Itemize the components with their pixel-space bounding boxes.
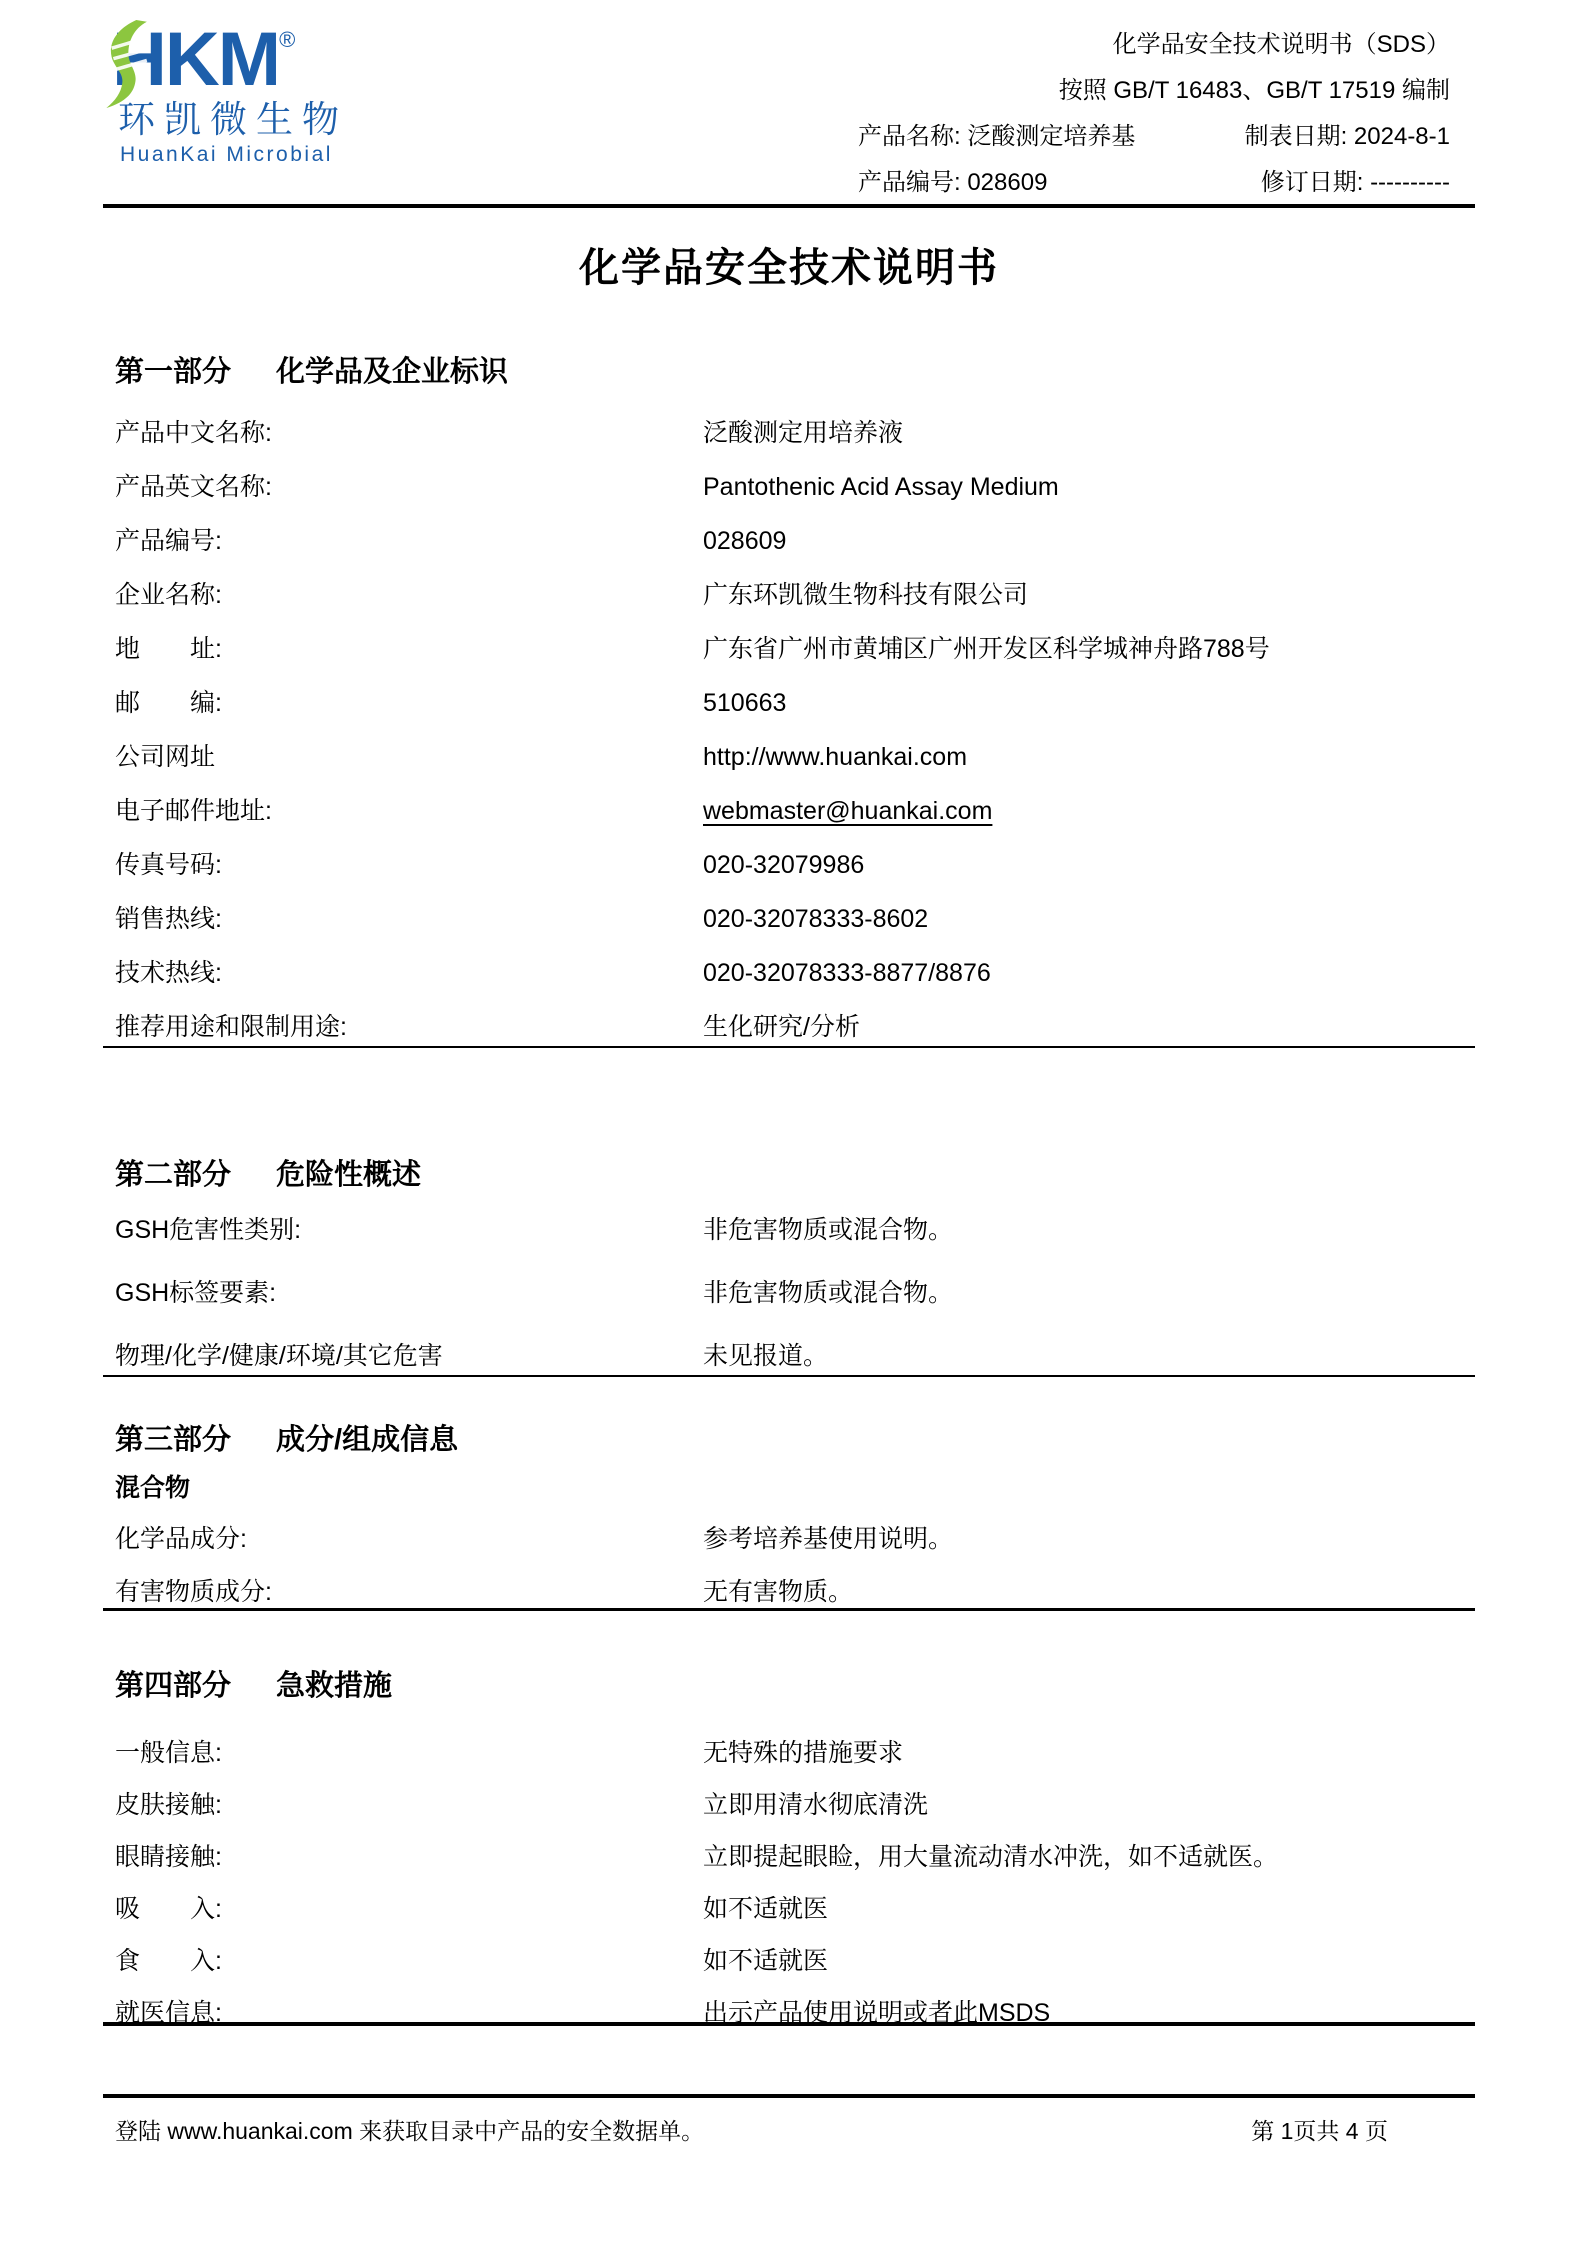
field-label: 产品中文名称: (115, 418, 703, 449)
sds-header-title: 化学品安全技术说明书（SDS） (1113, 30, 1450, 60)
field-label: 物理/化学/健康/环境/其它危害 (115, 1341, 703, 1372)
section-number: 第一部分 (115, 356, 231, 388)
section-4-rule (103, 2022, 1475, 2026)
mixture-subheading: 混合物 (115, 1472, 1460, 1504)
dna-leaf-icon (102, 20, 160, 108)
field-row: 化学品成分:参考培养基使用说明。 (115, 1524, 1460, 1577)
field-row: GSH标签要素:非危害物质或混合物。 (115, 1278, 1460, 1341)
product-name-line: 产品名称: 泛酸测定培养基 制表日期: 2024-8-1 (858, 122, 1450, 152)
field-row: 眼睛接触:立即提起眼睑，用大量流动清水冲洗，如不适就医。 (115, 1842, 1460, 1894)
field-label: 传真号码: (115, 850, 703, 881)
field-value: 028609 (703, 526, 1460, 557)
section-1-rows: 产品中文名称:泛酸测定用培养液 产品英文名称:Pantothenic Acid … (115, 418, 1460, 1066)
field-row: 公司网址http://www.huankai.com (115, 742, 1460, 796)
field-row: 皮肤接触:立即用清水彻底清洗 (115, 1790, 1460, 1842)
field-value: 510663 (703, 688, 1460, 719)
field-label: 吸 入: (115, 1894, 703, 1925)
page-number: 第 1页共 4 页 (1251, 2116, 1388, 2146)
field-label: GSH标签要素: (115, 1278, 703, 1309)
section-2-heading: 第二部分危险性概述 (115, 1155, 1460, 1195)
section-3-rule (103, 1608, 1475, 1611)
field-row: 物理/化学/健康/环境/其它危害未见报道。 (115, 1341, 1460, 1404)
field-row: 推荐用途和限制用途:生化研究/分析 (115, 1012, 1460, 1066)
footer-note: 登陆 www.huankai.com 来获取目录中产品的安全数据单。 (115, 2116, 704, 2146)
section-2: 第二部分危险性概述 GSH危害性类别:非危害物质或混合物。 GSH标签要素:非危… (115, 1155, 1460, 1404)
section-2-rule (103, 1375, 1475, 1377)
section-4-heading: 第四部分急救措施 (115, 1666, 1460, 1706)
field-value: 立即用清水彻底清洗 (703, 1790, 1460, 1821)
field-label: 产品编号: (115, 526, 703, 557)
header-rule (103, 204, 1475, 208)
footer: 登陆 www.huankai.com 来获取目录中产品的安全数据单。 第 1页共… (115, 2116, 1450, 2146)
field-label: 电子邮件地址: (115, 796, 703, 827)
section-4-rows: 一般信息:无特殊的措施要求 皮肤接触:立即用清水彻底清洗 眼睛接触:立即提起眼睑… (115, 1738, 1460, 2050)
field-label: 食 入: (115, 1946, 703, 1977)
field-value: 广东环凯微生物科技有限公司 (703, 580, 1460, 611)
field-label: 公司网址 (115, 742, 703, 773)
field-row: 有害物质成分:无有害物质。 (115, 1577, 1460, 1630)
document-title: 化学品安全技术说明书 (103, 236, 1475, 293)
field-label: GSH危害性类别: (115, 1215, 703, 1246)
field-row: 技术热线:020-32078333-8877/8876 (115, 958, 1460, 1012)
registered-mark: ® (279, 27, 295, 52)
logo-hkm: HKM® (112, 22, 295, 98)
field-row: GSH危害性类别:非危害物质或混合物。 (115, 1215, 1460, 1278)
section-3-heading: 第三部分成分/组成信息 (115, 1420, 1460, 1460)
field-value: 参考培养基使用说明。 (703, 1524, 1460, 1555)
section-4: 第四部分急救措施 一般信息:无特殊的措施要求 皮肤接触:立即用清水彻底清洗 眼睛… (115, 1666, 1460, 2050)
company-logo: HKM® 环凯微生物 HuanKai Microbial (112, 22, 412, 166)
field-row: 销售热线:020-32078333-8602 (115, 904, 1460, 958)
footer-rule (103, 2094, 1475, 2098)
field-label: 邮 编: (115, 688, 703, 719)
header-meta: 化学品安全技术说明书（SDS） 按照 GB/T 16483、GB/T 17519… (858, 30, 1450, 198)
table-date: 制表日期: 2024-8-1 (1245, 122, 1450, 152)
field-value: 广东省广州市黄埔区广州开发区科学城神舟路788号 (703, 634, 1460, 665)
field-row: 吸 入:如不适就医 (115, 1894, 1460, 1946)
field-value: 如不适就医 (703, 1946, 1460, 1977)
field-label: 产品英文名称: (115, 472, 703, 503)
section-number: 第四部分 (115, 1670, 231, 1702)
email-link[interactable]: webmaster@huankai.com (703, 796, 1460, 827)
section-name: 急救措施 (276, 1670, 392, 1702)
field-label: 皮肤接触: (115, 1790, 703, 1821)
field-label: 化学品成分: (115, 1524, 703, 1555)
field-value: 非危害物质或混合物。 (703, 1215, 1460, 1246)
section-1: 第一部分化学品及企业标识 产品中文名称:泛酸测定用培养液 产品英文名称:Pant… (115, 352, 1460, 1066)
field-label: 眼睛接触: (115, 1842, 703, 1873)
field-row: 电子邮件地址:webmaster@huankai.com (115, 796, 1460, 850)
field-value: Pantothenic Acid Assay Medium (703, 472, 1460, 503)
sds-page: HKM® 环凯微生物 HuanKai Microbial 化学品安全技术说明书（… (0, 0, 1587, 2245)
field-row: 一般信息:无特殊的措施要求 (115, 1738, 1460, 1790)
field-value: 无有害物质。 (703, 1577, 1460, 1608)
field-value: 生化研究/分析 (703, 1012, 1460, 1043)
field-value: 020-32078333-8877/8876 (703, 958, 1460, 989)
section-number: 第三部分 (115, 1424, 231, 1456)
field-label: 企业名称: (115, 580, 703, 611)
field-row: 地 址:广东省广州市黄埔区广州开发区科学城神舟路788号 (115, 634, 1460, 688)
logo-en-text: HuanKai Microbial (112, 143, 412, 166)
field-value: 泛酸测定用培养液 (703, 418, 1460, 449)
field-label: 有害物质成分: (115, 1577, 703, 1608)
field-row: 传真号码:020-32079986 (115, 850, 1460, 904)
field-row: 产品英文名称:Pantothenic Acid Assay Medium (115, 472, 1460, 526)
field-value: 020-32079986 (703, 850, 1460, 881)
field-value: 立即提起眼睑，用大量流动清水冲洗，如不适就医。 (703, 1842, 1460, 1873)
section-3-rows: 化学品成分:参考培养基使用说明。 有害物质成分:无有害物质。 (115, 1524, 1460, 1630)
section-1-heading: 第一部分化学品及企业标识 (115, 352, 1460, 392)
website-url: http://www.huankai.com (703, 742, 1460, 773)
standard-reference: 按照 GB/T 16483、GB/T 17519 编制 (1059, 76, 1450, 106)
field-row: 邮 编:510663 (115, 688, 1460, 742)
field-row: 产品编号:028609 (115, 526, 1460, 580)
section-3: 第三部分成分/组成信息 混合物 化学品成分:参考培养基使用说明。 有害物质成分:… (115, 1420, 1460, 1630)
field-label: 销售热线: (115, 904, 703, 935)
section-name: 危险性概述 (276, 1159, 421, 1191)
field-row: 企业名称:广东环凯微生物科技有限公司 (115, 580, 1460, 634)
field-value: 非危害物质或混合物。 (703, 1278, 1460, 1309)
field-value: 无特殊的措施要求 (703, 1738, 1460, 1769)
section-name: 成分/组成信息 (276, 1424, 458, 1456)
field-label: 地 址: (115, 634, 703, 665)
field-label: 一般信息: (115, 1738, 703, 1769)
revision-date: 修订日期: ---------- (1261, 168, 1450, 198)
section-name: 化学品及企业标识 (276, 356, 508, 388)
product-code-line: 产品编号: 028609 修订日期: ---------- (858, 168, 1450, 198)
section-1-rule (103, 1046, 1475, 1048)
field-value: 如不适就医 (703, 1894, 1460, 1925)
section-number: 第二部分 (115, 1159, 231, 1191)
field-value: 020-32078333-8602 (703, 904, 1460, 935)
field-label: 技术热线: (115, 958, 703, 989)
product-code: 产品编号: 028609 (858, 168, 1047, 198)
field-value: 未见报道。 (703, 1341, 1460, 1372)
product-name: 产品名称: 泛酸测定培养基 (858, 122, 1135, 152)
field-row: 产品中文名称:泛酸测定用培养液 (115, 418, 1460, 472)
field-row: 食 入:如不适就医 (115, 1946, 1460, 1998)
field-label: 推荐用途和限制用途: (115, 1012, 703, 1043)
